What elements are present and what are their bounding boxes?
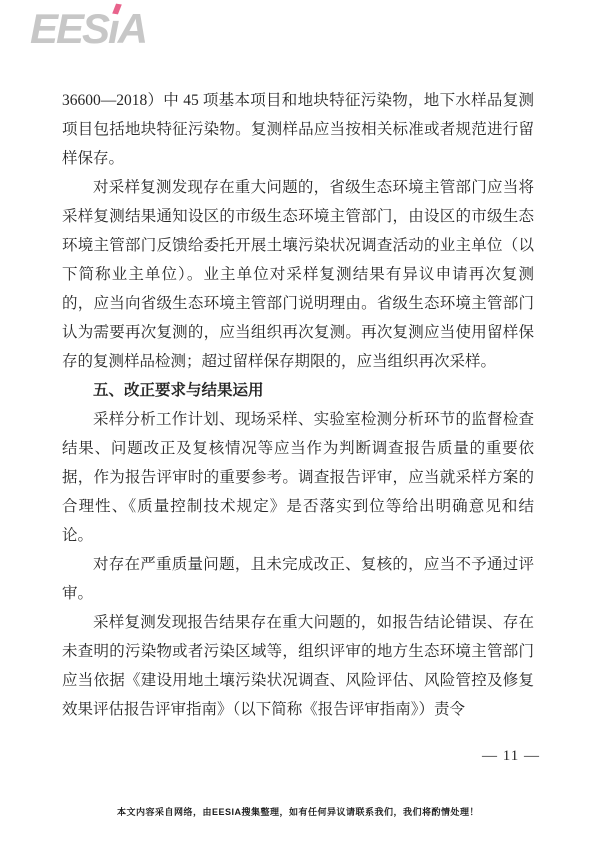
section-heading: 五、改正要求与结果运用: [62, 376, 534, 405]
paragraph-review-basis: 采样分析工作计划、现场采样、实验室检测分析环节的监督检查结果、问题改正及复核情况…: [62, 405, 534, 550]
paragraph-quality-problems: 对存在严重质量问题，且未完成改正、复核的，应当不予通过评审。: [62, 550, 534, 608]
eesia-logo: EESıA: [30, 6, 146, 52]
paragraph-retest-procedure: 对采样复测发现存在重大问题的，省级生态环境主管部门应当将采样复测结果通知设区的市…: [62, 173, 534, 376]
page-number: — 11 —: [482, 748, 540, 765]
paragraph-continuation: 36600—2018）中 45 项基本项目和地块特征污染物，地下水样品复测项目包…: [62, 86, 534, 173]
document-page: EESıA 36600—2018）中 45 项基本项目和地块特征污染物，地下水样…: [0, 0, 596, 842]
document-body: 36600—2018）中 45 项基本项目和地块特征污染物，地下水样品复测项目包…: [62, 86, 534, 724]
logo-letter-i: ı: [108, 6, 118, 52]
logo-text-ees: EES: [30, 5, 108, 52]
paragraph-major-issues: 采样复测发现报告结果存在重大问题的，如报告结论错误、存在未查明的污染物或者污染区…: [62, 608, 534, 724]
footer-watermark: 本文内容采自网络，由EESIA搜集整理，如有任何异议请联系我们，我们将酌情处理！: [0, 805, 596, 818]
logo-text-a: A: [118, 5, 146, 52]
